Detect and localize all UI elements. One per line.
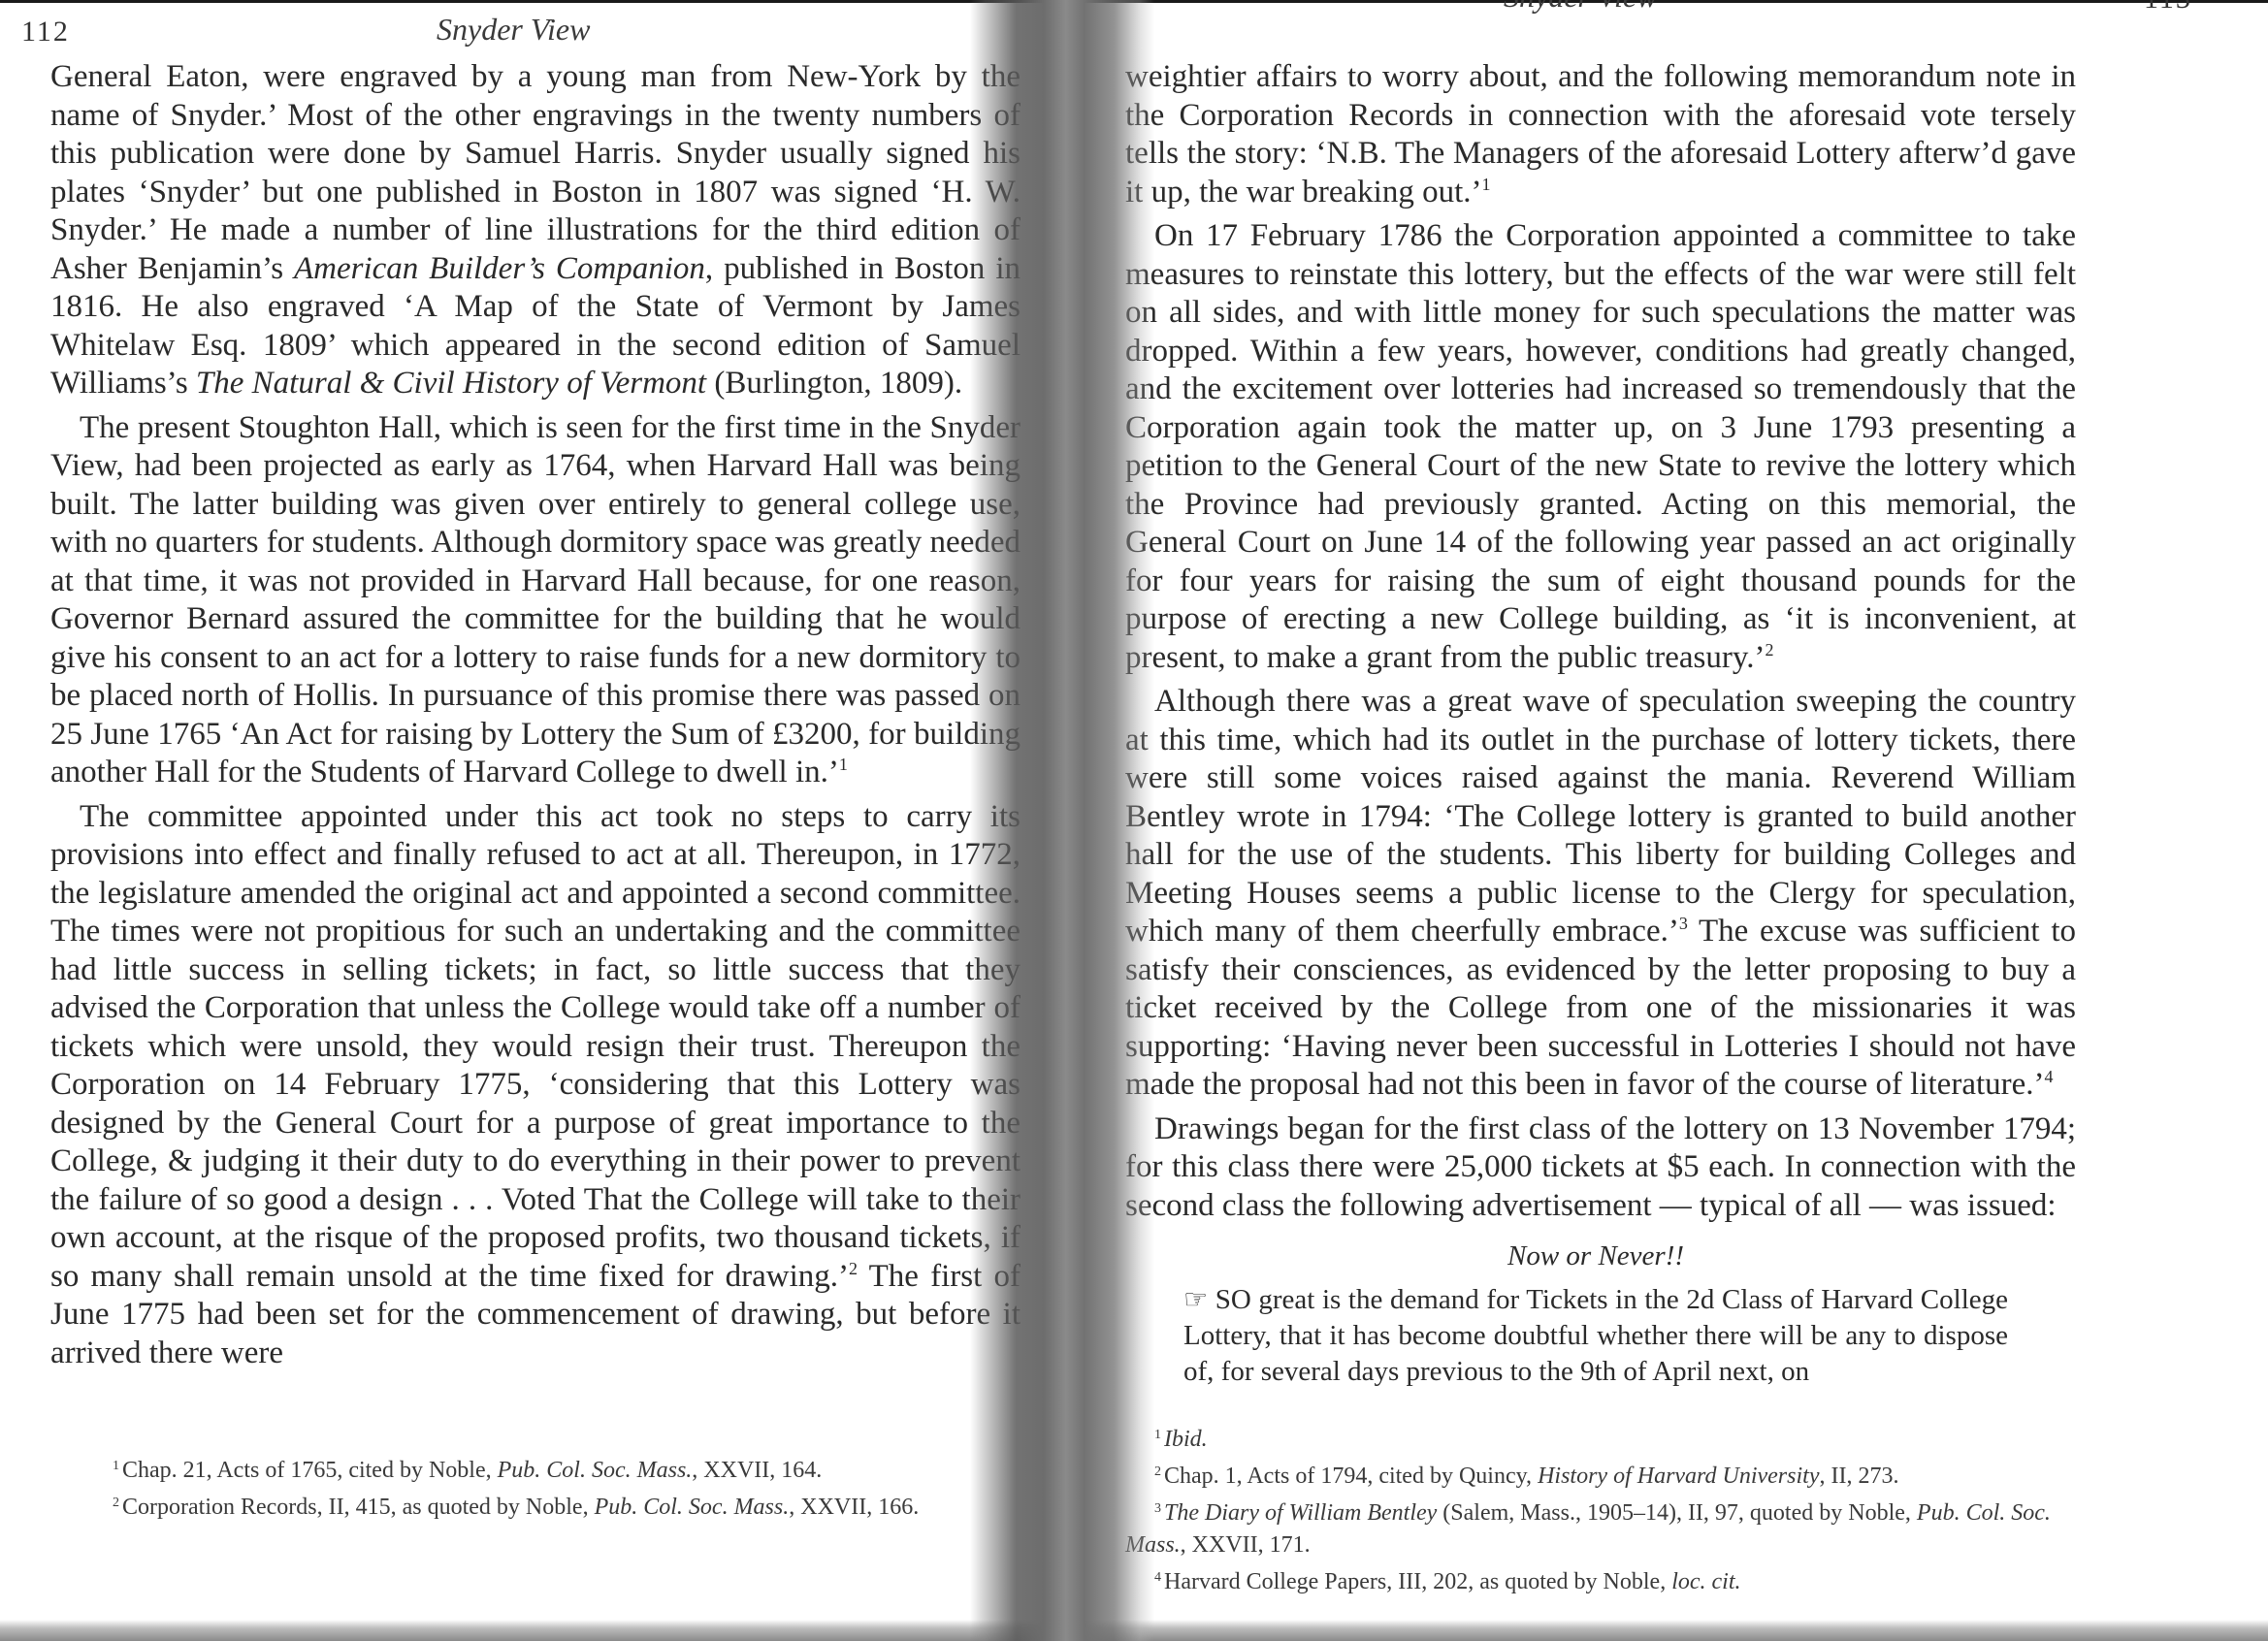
footnote: 2Corporation Records, II, 415, as quoted… — [83, 1487, 1034, 1524]
footnote-ref: 1 — [1481, 175, 1490, 194]
footnote-mark: 1 — [113, 1459, 119, 1473]
italic-text: Pub. Col. Soc. Mass. — [595, 1495, 790, 1520]
italic-text: The Diary of William Bentley — [1164, 1500, 1437, 1526]
italic-text: Ibid. — [1164, 1427, 1208, 1452]
footnote: 2Chap. 1, Acts of 1794, cited by Quincy,… — [1125, 1456, 2076, 1493]
footnote-mark: 2 — [1154, 1464, 1161, 1479]
left-page-number: 112 — [21, 16, 70, 48]
paragraph: The present Stoughton Hall, which is see… — [50, 409, 1021, 792]
text-run: The committee appointed under this act t… — [50, 799, 1021, 1294]
paragraph: weightier affairs to worry about, and th… — [1125, 58, 2076, 211]
footnote-ref: 1 — [839, 755, 848, 774]
right-running-head: Snyder View 113 — [1125, 0, 2076, 58]
advertisement-text: SO great is the demand for Tickets in th… — [1183, 1284, 2008, 1387]
advertisement-body: ☞ SO great is the demand for Tickets in … — [1183, 1282, 2008, 1390]
footnote: 3The Diary of William Bentley (Salem, Ma… — [1125, 1493, 2076, 1561]
text-run: Corporation Records, II, 415, as quoted … — [122, 1495, 595, 1520]
left-footnotes: 1Chap. 21, Acts of 1765, cited by Noble,… — [83, 1450, 1034, 1524]
text-run: (Burlington, 1809). — [706, 366, 962, 401]
footnote-ref: 2 — [1765, 640, 1773, 660]
text-run: , XXVII, 171. — [1181, 1532, 1311, 1558]
footnote: 1Chap. 21, Acts of 1765, cited by Noble,… — [83, 1450, 1034, 1487]
right-footnotes: 1Ibid.2Chap. 1, Acts of 1794, cited by Q… — [1125, 1419, 2076, 1598]
text-run: Chap. 1, Acts of 1794, cited by Quincy, — [1164, 1464, 1538, 1489]
footnote-mark: 1 — [1154, 1428, 1161, 1442]
text-run: (Salem, Mass., 1905–14), II, 97, quoted … — [1437, 1500, 1917, 1526]
right-page-number: 113 — [2144, 0, 2192, 16]
footnote-mark: 3 — [1154, 1501, 1161, 1516]
paragraph: On 17 February 1786 the Corporation appo… — [1125, 217, 2076, 677]
text-run: Harvard College Papers, III, 202, as quo… — [1164, 1569, 1671, 1594]
italic-text: History of Harvard University — [1538, 1464, 1819, 1489]
italic-text: loc. cit. — [1671, 1569, 1740, 1594]
footnote-mark: 2 — [113, 1496, 119, 1510]
right-page: Snyder View 113 weightier affairs to wor… — [1125, 0, 2076, 1598]
left-body-text: General Eaton, were engraved by a young … — [50, 58, 1021, 1372]
footnote: 4Harvard College Papers, III, 202, as qu… — [1125, 1561, 2076, 1598]
paragraph: Drawings began for the first class of th… — [1125, 1110, 2076, 1226]
right-body-text: weightier affairs to worry about, and th… — [1125, 58, 2076, 1225]
text-run: weightier affairs to worry about, and th… — [1125, 59, 2076, 209]
left-running-head: 112 Snyder View — [64, 0, 1015, 58]
text-run: On 17 February 1786 the Corporation appo… — [1125, 218, 2076, 675]
left-page: 112 Snyder View General Eaton, were engr… — [64, 0, 1015, 1378]
paragraph: Although there was a great wave of specu… — [1125, 683, 2076, 1105]
text-run: Drawings began for the first class of th… — [1125, 1111, 2076, 1223]
advertisement-title: Now or Never!! — [1183, 1239, 2008, 1274]
book-gutter-shadow — [970, 0, 1154, 1641]
italic-text: Pub. Col. Soc. Mass. — [498, 1458, 693, 1483]
footnote-ref: 4 — [2045, 1067, 2054, 1086]
footnote-ref: 2 — [849, 1259, 858, 1278]
text-run: , II, 273. — [1819, 1464, 1898, 1489]
paragraph: The committee appointed under this act t… — [50, 798, 1021, 1373]
footnote: 1Ibid. — [1125, 1419, 2076, 1456]
right-running-title: Snyder View — [1504, 0, 1657, 15]
pointing-hand-icon: ☞ — [1183, 1285, 1208, 1315]
lottery-advertisement: Now or Never!! ☞ SO great is the demand … — [1183, 1239, 2008, 1390]
text-run: Although there was a great wave of specu… — [1125, 684, 2076, 949]
text-run: Chap. 21, Acts of 1765, cited by Noble, — [122, 1458, 498, 1483]
text-run: , XXVII, 166. — [789, 1495, 919, 1520]
italic-text: The Natural & Civil History of Vermont — [196, 366, 706, 401]
paragraph: General Eaton, were engraved by a young … — [50, 58, 1021, 403]
text-run: The present Stoughton Hall, which is see… — [50, 410, 1021, 790]
left-running-title: Snyder View — [437, 12, 590, 48]
footnote-ref: 3 — [1679, 914, 1688, 933]
footnote-mark: 4 — [1154, 1570, 1161, 1585]
text-run: , XXVII, 164. — [692, 1458, 822, 1483]
italic-text: American Builder’s Companion — [294, 251, 705, 286]
